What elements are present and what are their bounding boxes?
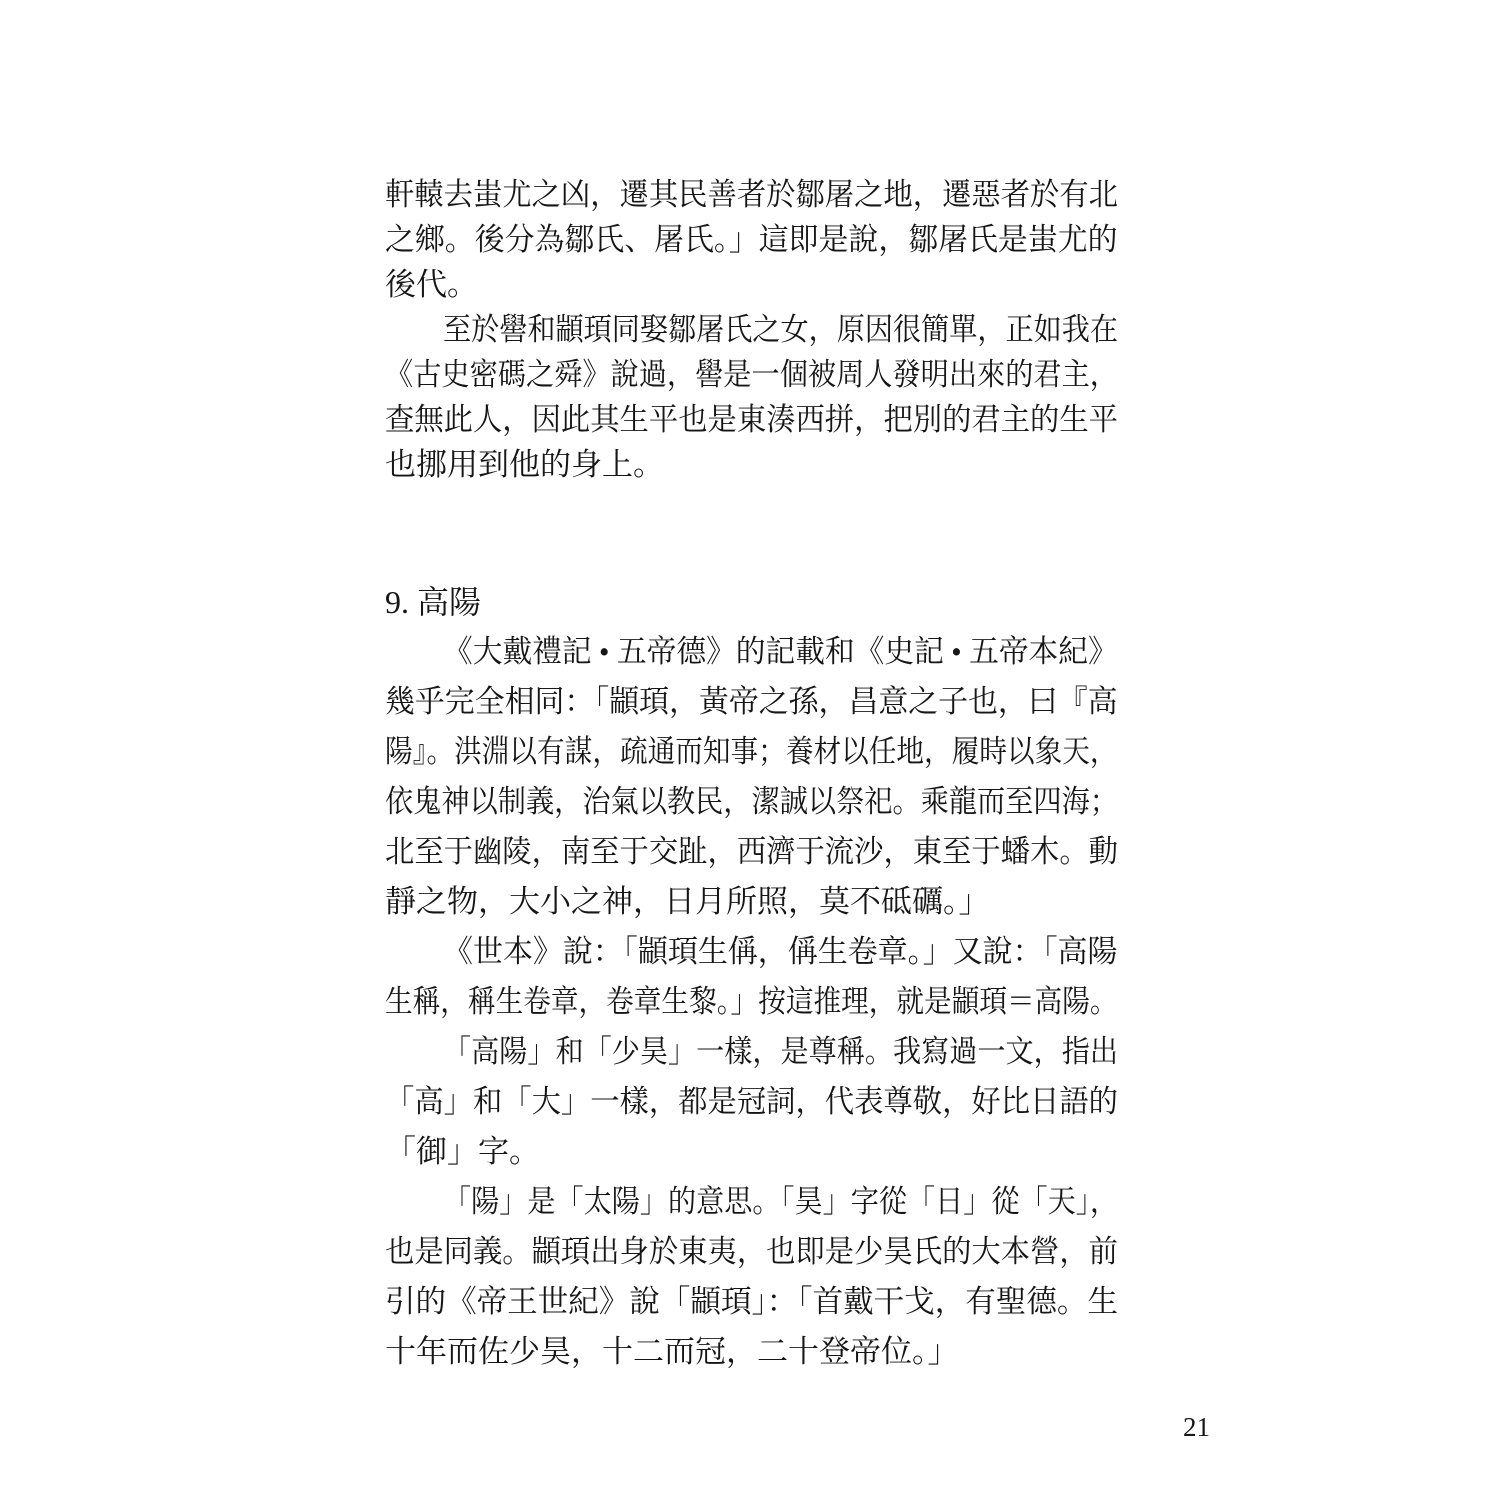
- text-line-content: 之鄉。後分為鄒氏、屠氏。」這即是說，鄒屠氏是蚩尤的: [385, 217, 1118, 262]
- text-line: 生稱，稱生卷章，卷章生黎。」按這推理，就是顓頊＝高陽。: [385, 977, 1118, 1027]
- text-line: 《世本》說：「顓頊生偁，偁生卷章。」又說：「高陽: [385, 927, 1118, 977]
- text-line-content: 引的《帝王世紀》說「顓頊」：「首戴干戈，有聖德。生: [385, 1277, 1118, 1327]
- text-line-content: 查無此人，因此其生平也是東湊西拼，把別的君主的生平: [385, 397, 1118, 442]
- text-line-content: 也挪用到他的身上。: [385, 442, 664, 487]
- text-line-content: 靜之物，大小之神，日月所照，莫不砥礪。」: [385, 877, 990, 927]
- text-line-content: 幾乎完全相同：「顓頊，黃帝之孫，昌意之子也，曰『高: [385, 677, 1118, 727]
- text-line: 幾乎完全相同：「顓頊，黃帝之孫，昌意之子也，曰『高: [385, 677, 1118, 727]
- text-line-content: 《大戴禮記 • 五帝德》的記載和《史記 • 五帝本紀》: [443, 627, 1118, 677]
- text-line-content: 《古史密碼之舜》說過，嚳是一個被周人發明出來的君主，: [385, 352, 1118, 397]
- paragraph: 軒轅去蚩尤之凶，遷其民善者於鄒屠之地，遷惡者於有北之鄉。後分為鄒氏、屠氏。」這即…: [385, 172, 1118, 307]
- book-page: 軒轅去蚩尤之凶，遷其民善者於鄒屠之地，遷惡者於有北之鄉。後分為鄒氏、屠氏。」這即…: [0, 0, 1500, 1500]
- text-line-content: 「御」字。: [385, 1127, 540, 1177]
- text-line-content: 《世本》說：「顓頊生偁，偁生卷章。」又說：「高陽: [443, 927, 1118, 977]
- section-heading: 9. 高陽: [385, 577, 1118, 627]
- paragraph: 「陽」是「太陽」的意思。「昊」字從「日」從「天」，也是同義。顓頊出身於東夷，也即…: [385, 1177, 1118, 1377]
- text-line-content: 生稱，稱生卷章，卷章生黎。」按這推理，就是顓頊＝高陽。: [385, 977, 1118, 1027]
- text-line: 引的《帝王世紀》說「顓頊」：「首戴干戈，有聖德。生: [385, 1277, 1118, 1327]
- text-line: 至於嚳和顓頊同娶鄒屠氏之女，原因很簡單，正如我在: [385, 307, 1118, 352]
- text-line-content: 軒轅去蚩尤之凶，遷其民善者於鄒屠之地，遷惡者於有北: [385, 172, 1118, 217]
- text-line-content: 「高」和「大」一樣，都是冠詞，代表尊敬，好比日語的: [385, 1077, 1118, 1127]
- text-line: 也是同義。顓頊出身於東夷，也即是少昊氏的大本營，前: [385, 1227, 1118, 1277]
- text-line: 《古史密碼之舜》說過，嚳是一個被周人發明出來的君主，: [385, 352, 1118, 397]
- text-line: 查無此人，因此其生平也是東湊西拼，把別的君主的生平: [385, 397, 1118, 442]
- text-line: 《大戴禮記 • 五帝德》的記載和《史記 • 五帝本紀》: [385, 627, 1118, 677]
- text-line-content: 後代。: [385, 262, 478, 307]
- text-line-content: 依鬼神以制義，治氣以教民，潔誠以祭祀。乘龍而至四海；: [385, 777, 1118, 827]
- text-line-content: 「陽」是「太陽」的意思。「昊」字從「日」從「天」，: [443, 1177, 1118, 1227]
- body-text: 軒轅去蚩尤之凶，遷其民善者於鄒屠之地，遷惡者於有北之鄉。後分為鄒氏、屠氏。」這即…: [385, 172, 1118, 1377]
- paragraph: 《世本》說：「顓頊生偁，偁生卷章。」又說：「高陽生稱，稱生卷章，卷章生黎。」按這…: [385, 927, 1118, 1027]
- text-line-content: 北至于幽陵，南至于交趾，西濟于流沙，東至于蟠木。動: [385, 827, 1118, 877]
- text-line: 軒轅去蚩尤之凶，遷其民善者於鄒屠之地，遷惡者於有北: [385, 172, 1118, 217]
- text-line: 後代。: [385, 262, 1118, 307]
- text-line: 「高」和「大」一樣，都是冠詞，代表尊敬，好比日語的: [385, 1077, 1118, 1127]
- text-line: 也挪用到他的身上。: [385, 442, 1118, 487]
- text-line: 之鄉。後分為鄒氏、屠氏。」這即是說，鄒屠氏是蚩尤的: [385, 217, 1118, 262]
- text-line: 「御」字。: [385, 1127, 1118, 1177]
- text-line-content: 至於嚳和顓頊同娶鄒屠氏之女，原因很簡單，正如我在: [443, 307, 1118, 352]
- text-line: 「高陽」和「少昊」一樣，是尊稱。我寫過一文，指出: [385, 1027, 1118, 1077]
- text-line: 陽』。洪淵以有謀，疏通而知事；養材以任地，履時以象天，: [385, 727, 1118, 777]
- text-line: 依鬼神以制義，治氣以教民，潔誠以祭祀。乘龍而至四海；: [385, 777, 1118, 827]
- text-line: 北至于幽陵，南至于交趾，西濟于流沙，東至于蟠木。動: [385, 827, 1118, 877]
- paragraph: 「高陽」和「少昊」一樣，是尊稱。我寫過一文，指出「高」和「大」一樣，都是冠詞，代…: [385, 1027, 1118, 1177]
- page-number: 21: [1183, 1412, 1210, 1442]
- paragraph: 《大戴禮記 • 五帝德》的記載和《史記 • 五帝本紀》幾乎完全相同：「顓頊，黃帝…: [385, 627, 1118, 927]
- text-line-content: 陽』。洪淵以有謀，疏通而知事；養材以任地，履時以象天，: [385, 727, 1118, 777]
- text-line-content: 也是同義。顓頊出身於東夷，也即是少昊氏的大本營，前: [385, 1227, 1118, 1277]
- paragraph: 至於嚳和顓頊同娶鄒屠氏之女，原因很簡單，正如我在《古史密碼之舜》說過，嚳是一個被…: [385, 307, 1118, 487]
- text-line-content: 十年而佐少昊，十二而冠，二十登帝位。」: [385, 1327, 959, 1377]
- text-line: 靜之物，大小之神，日月所照，莫不砥礪。」: [385, 877, 1118, 927]
- text-line: 「陽」是「太陽」的意思。「昊」字從「日」從「天」，: [385, 1177, 1118, 1227]
- text-line-content: 「高陽」和「少昊」一樣，是尊稱。我寫過一文，指出: [443, 1027, 1118, 1077]
- text-line: 十年而佐少昊，十二而冠，二十登帝位。」: [385, 1327, 1118, 1377]
